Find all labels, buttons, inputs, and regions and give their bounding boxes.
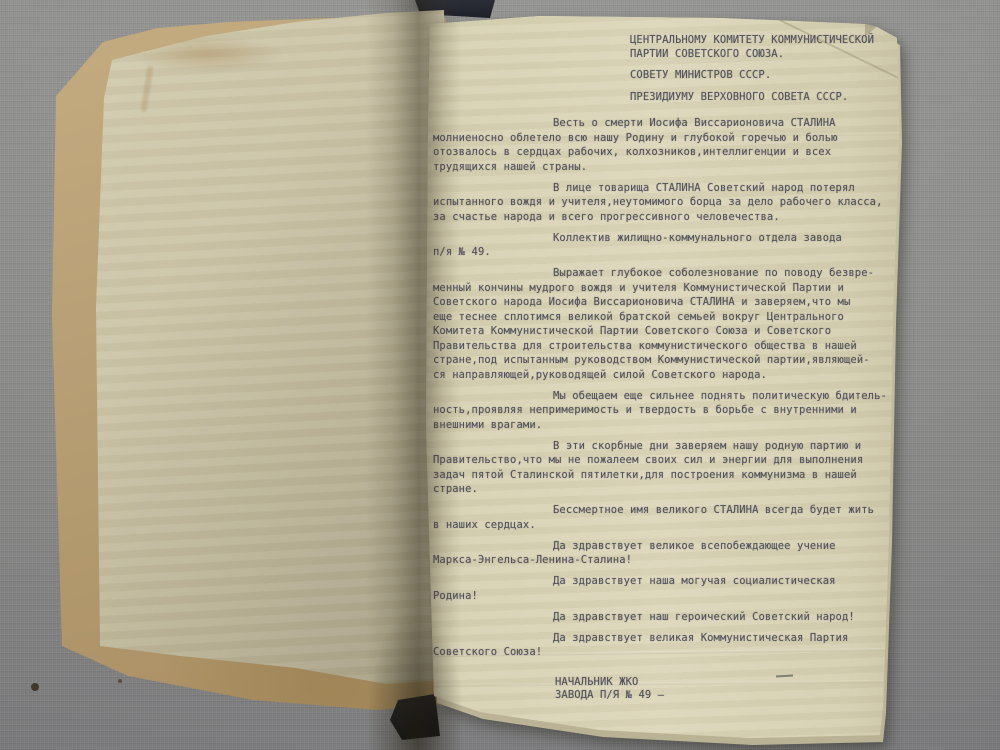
paragraph: Да здравствует наша могучая социалистиче… xyxy=(433,574,903,603)
paragraph: Выражает глубокое соболезнование по пово… xyxy=(433,266,903,382)
typed-line: за счастье народа и всего прогрессивного… xyxy=(433,210,903,225)
typed-line: Правительство,что мы не пожалеем своих с… xyxy=(433,453,903,468)
typed-line: Советского Союза! xyxy=(433,645,903,660)
typed-line: ся направляющей,руководящей силой Советс… xyxy=(433,368,903,383)
photograph: ЦЕНТРАЛЬНОМУ КОМИТЕТУ КОММУНИСТИЧЕСКОЙПА… xyxy=(0,0,1000,750)
paragraph: В эти скорбные дни заверяем нашу родную … xyxy=(433,439,903,497)
typed-line: менный кончины мудрого вождя и учителя К… xyxy=(433,281,903,296)
addressee: ПРЕЗИДИУМУ ВЕРХОВНОГО СОВЕТА СССР. xyxy=(630,91,874,105)
paragraph: Мы обещаем еще сильнее поднять политичес… xyxy=(433,389,903,433)
typed-line: Маркса-Энгельса-Ленина-Сталина! xyxy=(433,553,903,568)
addressee: СОВЕТУ МИНИСТРОВ СССР. xyxy=(630,69,874,83)
paragraph: Да здравствует великая Коммунистическая … xyxy=(433,631,903,660)
typed-line: стране. xyxy=(433,482,903,497)
typed-line: ПАРТИИ СОВЕТСКОГО СОЮЗА. xyxy=(630,48,874,62)
typed-line: отозвалось в сердцах рабочих, колхознико… xyxy=(433,145,903,160)
paragraph: Коллектив жилищно-коммунального отдела з… xyxy=(433,231,903,260)
typed-line: ЗАВОДА П/Я № 49 — xyxy=(555,689,903,702)
typed-line: Да здравствует наш героический Советский… xyxy=(433,610,903,625)
paragraph: Бессмертное имя великого СТАЛИНА всегда … xyxy=(433,503,903,532)
typed-line: Мы обещаем еще сильнее поднять политичес… xyxy=(433,389,903,404)
typed-line: ность,проявляя непримеримость и твердост… xyxy=(433,403,903,418)
typed-line: Советского народа Иосифа Виссарионовича … xyxy=(433,295,903,310)
typed-line: стране,под испытанным руководством Комму… xyxy=(433,353,903,368)
right-page-stack: ЦЕНТРАЛЬНОМУ КОМИТЕТУ КОММУНИСТИЧЕСКОЙПА… xyxy=(420,6,906,748)
typed-line: ПРЕЗИДИУМУ ВЕРХОВНОГО СОВЕТА СССР. xyxy=(630,91,874,105)
typed-line: п/я № 49. xyxy=(433,245,903,260)
signature-block: НАЧАЛЬНИК ЖКОЗАВОДА П/Я № 49 — xyxy=(433,676,903,702)
typed-line: молниеносно облетело всю нашу Родину и г… xyxy=(433,131,903,146)
left-blank-page xyxy=(86,8,450,690)
letter-body: Весть о смерти Иосифа Виссарионовича СТА… xyxy=(433,116,903,702)
typed-line: Весть о смерти Иосифа Виссарионовича СТА… xyxy=(433,116,903,131)
paragraph: Да здравствует великое всепобеждающее уч… xyxy=(433,539,903,568)
addressee: ЦЕНТРАЛЬНОМУ КОМИТЕТУ КОММУНИСТИЧЕСКОЙПА… xyxy=(630,34,874,61)
typed-letter-page: ЦЕНТРАЛЬНОМУ КОМИТЕТУ КОММУНИСТИЧЕСКОЙПА… xyxy=(420,6,906,748)
typed-line: задач пятой Сталинской пятилетки,для пос… xyxy=(433,468,903,483)
typed-line: испытанного вождя и учителя,неутомимого … xyxy=(433,195,903,210)
typed-line: В эти скорбные дни заверяем нашу родную … xyxy=(433,439,903,454)
typed-line: Да здравствует наша могучая социалистиче… xyxy=(433,574,903,589)
typed-line: в наших сердцах. xyxy=(433,518,903,533)
typed-line: Выражает глубокое соболезнование по пово… xyxy=(433,266,903,281)
address-block: ЦЕНТРАЛЬНОМУ КОМИТЕТУ КОММУНИСТИЧЕСКОЙПА… xyxy=(630,34,874,112)
typed-line: внешними врагами. xyxy=(433,418,903,433)
typed-line: Да здравствует великое всепобеждающее уч… xyxy=(433,539,903,554)
typed-line: СОВЕТУ МИНИСТРОВ СССР. xyxy=(630,69,874,83)
paper-stain-drip xyxy=(140,66,153,112)
typed-line: Да здравствует великая Коммунистическая … xyxy=(433,631,903,646)
typed-line: трудящихся нашей страны. xyxy=(433,160,903,175)
typed-line: В лице товарища СТАЛИНА Советский народ … xyxy=(433,181,903,196)
typed-line: еще теснее сплотимся великой братской се… xyxy=(433,310,903,325)
typed-line: Коллектив жилищно-коммунального отдела з… xyxy=(433,231,903,246)
paragraph: Да здравствует наш героический Советский… xyxy=(433,610,903,625)
body-paragraphs: Весть о смерти Иосифа Виссарионовича СТА… xyxy=(433,116,903,660)
ink-spot xyxy=(31,683,39,691)
typed-line: НАЧАЛЬНИК ЖКО xyxy=(555,676,903,689)
typed-line: Правительства для строительства коммунис… xyxy=(433,339,903,354)
paragraph: Весть о смерти Иосифа Виссарионовича СТА… xyxy=(433,116,903,174)
typed-line: Родина! xyxy=(433,589,903,604)
typed-line: ЦЕНТРАЛЬНОМУ КОМИТЕТУ КОММУНИСТИЧЕСКОЙ xyxy=(630,34,874,48)
typed-line: Бессмертное имя великого СТАЛИНА всегда … xyxy=(433,503,903,518)
ink-spot xyxy=(118,679,122,683)
paragraph: В лице товарища СТАЛИНА Советский народ … xyxy=(433,181,903,225)
typed-line: Комитета Коммунистической Партии Советск… xyxy=(433,324,903,339)
